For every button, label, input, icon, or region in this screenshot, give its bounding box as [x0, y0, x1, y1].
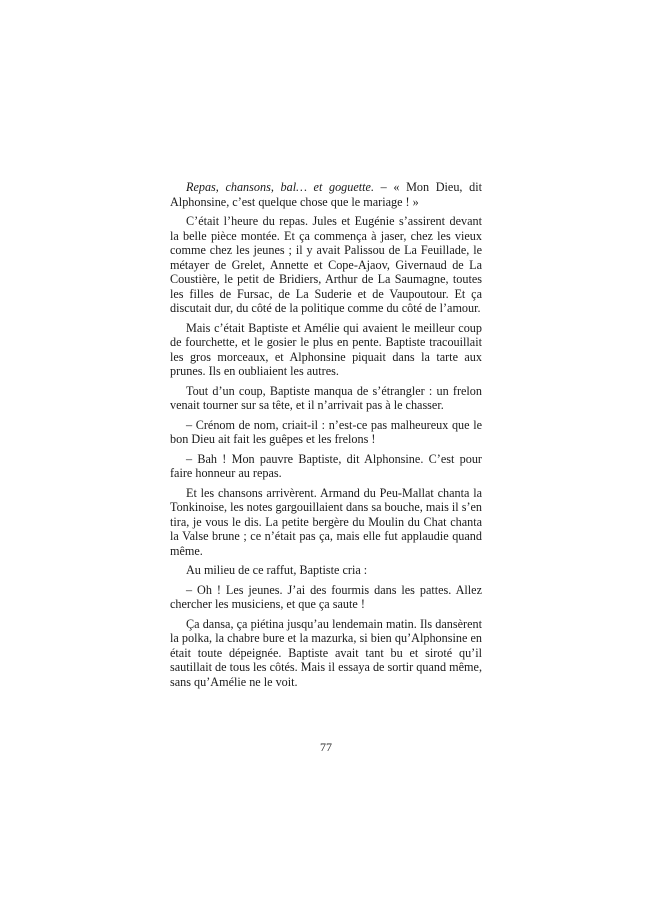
- book-page: Repas, chansons, bal… et goguette. – « M…: [0, 0, 650, 920]
- page-text: Repas, chansons, bal… et goguette. – « M…: [170, 180, 482, 689]
- paragraph-3: Mais c’était Baptiste et Amélie qui avai…: [170, 321, 482, 379]
- page-number: 77: [170, 740, 482, 755]
- paragraph-7: Et les chansons arrivèrent. Armand du Pe…: [170, 486, 482, 559]
- paragraph-4: Tout d’un coup, Baptiste manqua de s’étr…: [170, 384, 482, 413]
- paragraph-1: Repas, chansons, bal… et goguette. – « M…: [170, 180, 482, 209]
- paragraph-6: – Bah ! Mon pauvre Baptiste, dit Alphons…: [170, 452, 482, 481]
- paragraph-9: – Oh ! Les jeunes. J’ai des fourmis dans…: [170, 583, 482, 612]
- paragraph-5: – Crénom de nom, criait-il : n’est-ce pa…: [170, 418, 482, 447]
- paragraph-2: C’était l’heure du repas. Jules et Eugén…: [170, 214, 482, 316]
- paragraph-10: Ça dansa, ça piétina jusqu’au lendemain …: [170, 617, 482, 690]
- paragraph-8: Au milieu de ce raffut, Baptiste cria :: [170, 563, 482, 578]
- paragraph-1-italic-lead: Repas, chansons, bal… et goguette.: [186, 180, 374, 194]
